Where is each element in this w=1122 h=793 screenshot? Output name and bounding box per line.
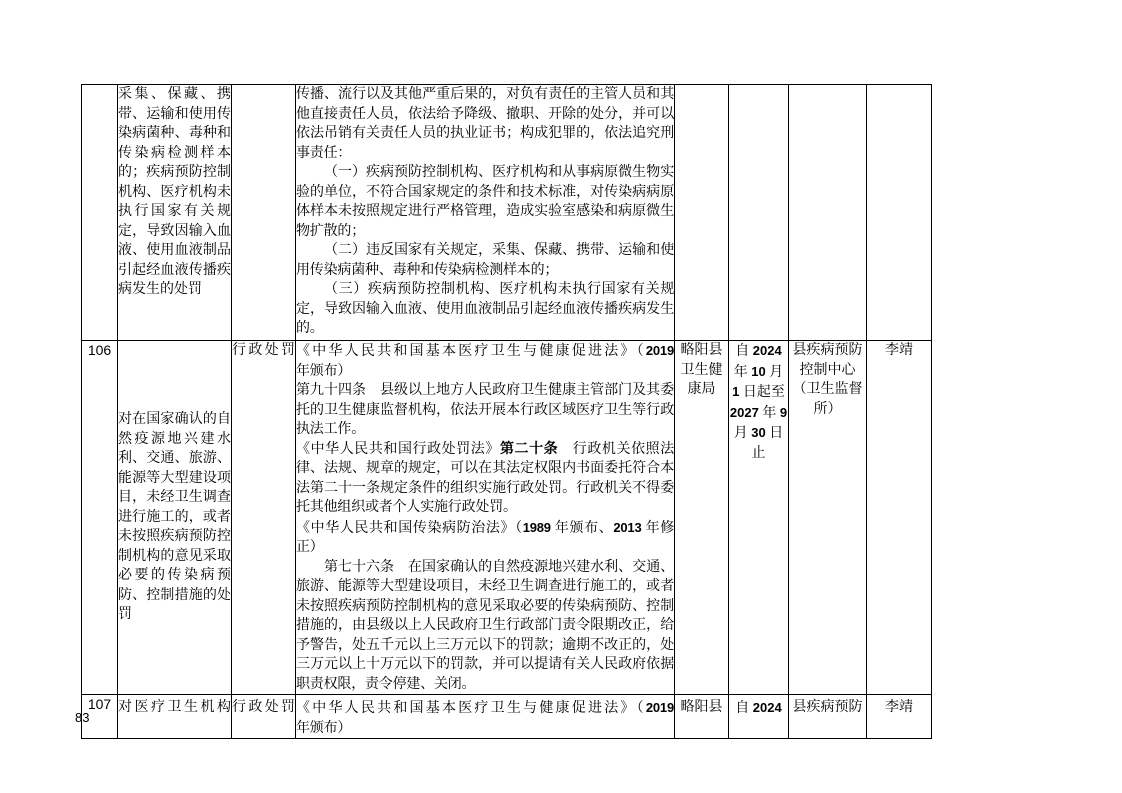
validity-period-cell: 自 2024 年 10 月 1 日起至 2027 年 9 月 30 日止 bbox=[729, 341, 789, 695]
penalty-type-cell: 行政处罚 bbox=[232, 341, 296, 695]
enforcement-agency-cell bbox=[789, 85, 867, 341]
implementing-org-cell bbox=[675, 85, 729, 341]
validity-period-cell bbox=[729, 85, 789, 341]
penalty-item-cell: 对医疗卫生机构 bbox=[118, 695, 232, 739]
row-number-cell: 106 bbox=[82, 341, 118, 695]
table-row-continuation: 采集、保藏、携带、运输和使用传染病菌种、毒种和传染病检测样本的；疾病预防控制机构… bbox=[82, 85, 932, 341]
implementing-org-cell: 略阳县 bbox=[675, 695, 729, 739]
row-number-cell bbox=[82, 85, 118, 341]
table-row-106: 106 对在国家确认的自然疫源地兴建水利、交通、旅游、能源等大型建设项目，未经卫… bbox=[82, 341, 932, 695]
page-number: 83 bbox=[75, 710, 89, 725]
penalty-item-cell: 采集、保藏、携带、运输和使用传染病菌种、毒种和传染病检测样本的；疾病预防控制机构… bbox=[118, 85, 232, 341]
penalty-type-cell: 行政处罚 bbox=[232, 695, 296, 739]
legal-basis-cell: 《中华人民共和国基本医疗卫生与健康促进法》（2019 年颁布） bbox=[296, 695, 675, 739]
responsible-person-cell: 李靖 bbox=[867, 695, 932, 739]
legal-basis-cell: 传播、流行以及其他严重后果的，对负有责任的主管人员和其他直接责任人员，依法给予降… bbox=[296, 85, 675, 341]
responsible-person-cell bbox=[867, 85, 932, 341]
penalty-item-cell: 对在国家确认的自然疫源地兴建水利、交通、旅游、能源等大型建设项目，未经卫生调查进… bbox=[118, 341, 232, 695]
validity-period-cell: 自 2024 bbox=[729, 695, 789, 739]
legal-basis-cell: 《中华人民共和国基本医疗卫生与健康促进法》（2019 年颁布）第九十四条 县级以… bbox=[296, 341, 675, 695]
penalty-items-table: 采集、保藏、携带、运输和使用传染病菌种、毒种和传染病检测样本的；疾病预防控制机构… bbox=[81, 84, 932, 739]
enforcement-agency-cell: 县疾病预防控制中心（卫生监督所） bbox=[789, 341, 867, 695]
table-row-107: 107 对医疗卫生机构 行政处罚 《中华人民共和国基本医疗卫生与健康促进法》（2… bbox=[82, 695, 932, 739]
implementing-org-cell: 略阳县卫生健康局 bbox=[675, 341, 729, 695]
responsible-person-cell: 李靖 bbox=[867, 341, 932, 695]
penalty-type-cell bbox=[232, 85, 296, 341]
enforcement-agency-cell: 县疾病预防 bbox=[789, 695, 867, 739]
